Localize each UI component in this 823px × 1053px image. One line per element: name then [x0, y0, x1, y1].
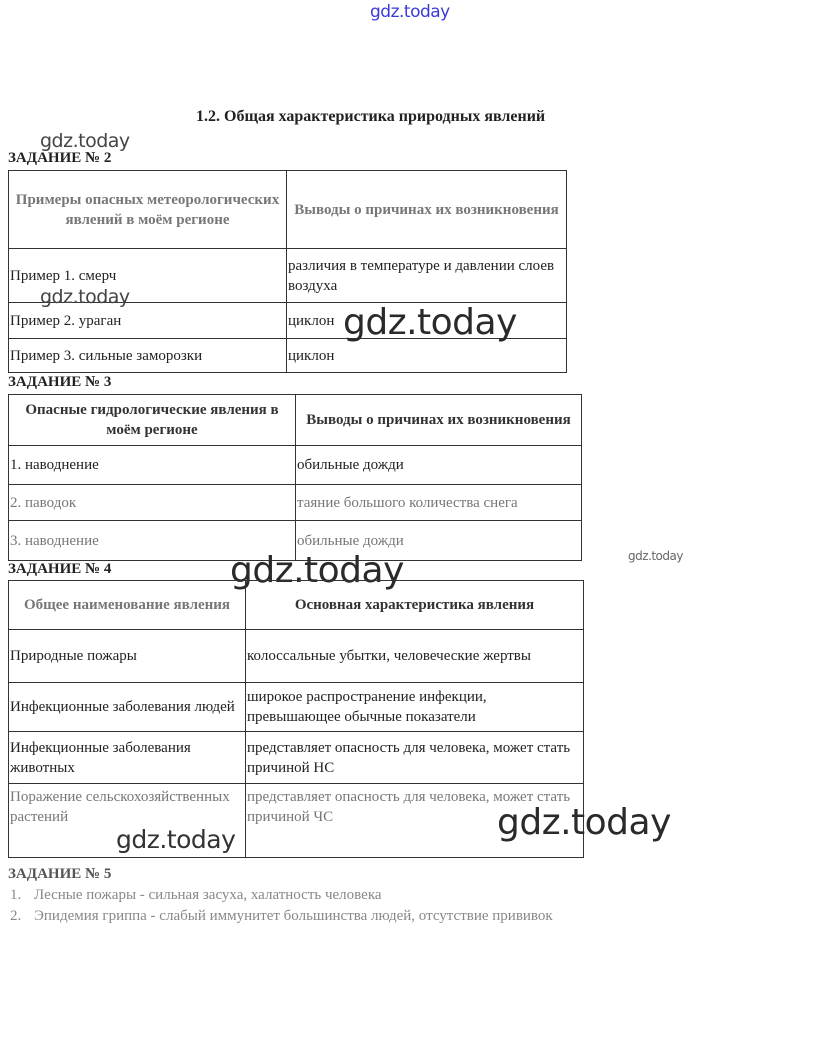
list-number: 1. [10, 887, 34, 904]
task3-table: Опасные гидрологические явления в моём р… [8, 394, 582, 561]
table-header-row: Общее наименование явления Основная хара… [9, 581, 584, 630]
column-header: Общее наименование явления [9, 581, 246, 630]
page-title: 1.2. Общая характеристика природных явле… [196, 108, 545, 126]
table-cell: различия в температуре и давлении слоев … [287, 249, 567, 303]
column-header: Примеры опасных метеорологических явлени… [9, 171, 287, 249]
task5-list: 1.Лесные пожары - сильная засуха, халатн… [10, 887, 553, 929]
table-header-row: Опасные гидрологические явления в моём р… [9, 395, 582, 446]
list-item: 1.Лесные пожары - сильная засуха, халатн… [10, 887, 553, 908]
watermark: gdz.today [40, 286, 130, 308]
task5-heading: ЗАДАНИЕ № 5 [8, 866, 111, 883]
column-header: Основная характеристика явления [246, 581, 584, 630]
column-header: Выводы о причинах их возникновения [296, 395, 582, 446]
table-row: Пример 3. сильные заморозки циклон [9, 339, 567, 373]
watermark: gdz.today [343, 302, 517, 343]
table-cell: циклон [287, 339, 567, 373]
table-cell: Природные пожары [9, 630, 246, 683]
table-cell: 1. наводнение [9, 446, 296, 485]
table-cell: широкое распространение инфекции, превыш… [246, 683, 584, 732]
list-text: Эпидемия гриппа - слабый иммунитет больш… [34, 908, 553, 924]
list-number: 2. [10, 908, 34, 925]
watermark: gdz.today [40, 130, 130, 152]
table-cell: колоссальные убытки, человеческие жертвы [246, 630, 584, 683]
watermark: gdz.today [370, 2, 450, 22]
task2-heading: ЗАДАНИЕ № 2 [8, 150, 111, 167]
watermark: gdz.today [628, 549, 683, 563]
table-cell: таяние большого количества снега [296, 485, 582, 521]
watermark: gdz.today [497, 802, 671, 843]
table-header-row: Примеры опасных метеорологических явлени… [9, 171, 567, 249]
task3-heading: ЗАДАНИЕ № 3 [8, 374, 111, 391]
list-text: Лесные пожары - сильная засуха, халатнос… [34, 887, 382, 903]
task4-heading: ЗАДАНИЕ № 4 [8, 561, 111, 578]
table-row: Инфекционные заболевания людей широкое р… [9, 683, 584, 732]
column-header: Опасные гидрологические явления в моём р… [9, 395, 296, 446]
table-cell: Инфекционные заболевания людей [9, 683, 246, 732]
watermark: gdz.today [116, 825, 235, 854]
column-header: Выводы о причинах их возникновения [287, 171, 567, 249]
table-cell: представляет опасность для человека, мож… [246, 732, 584, 784]
table-row: Инфекционные заболевания животных предст… [9, 732, 584, 784]
table-row: 1. наводнение обильные дожди [9, 446, 582, 485]
list-item: 2.Эпидемия гриппа - слабый иммунитет бол… [10, 908, 553, 929]
table-cell: Пример 3. сильные заморозки [9, 339, 287, 373]
table-cell: обильные дожди [296, 446, 582, 485]
table-row: Природные пожары колоссальные убытки, че… [9, 630, 584, 683]
table-cell: 2. паводок [9, 485, 296, 521]
table-cell: Инфекционные заболевания животных [9, 732, 246, 784]
table-row: 2. паводок таяние большого количества сн… [9, 485, 582, 521]
